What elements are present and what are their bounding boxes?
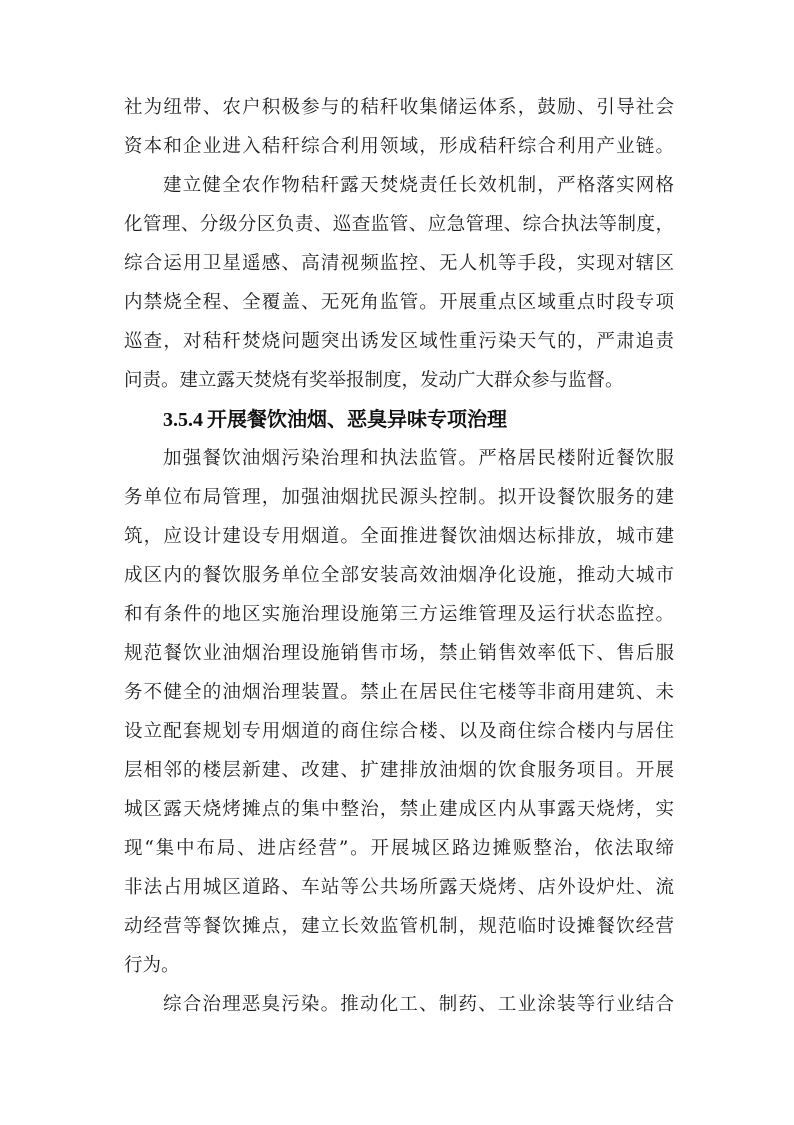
text-line: 设立配套规划专用烟道的商住综合楼、以及商住综合楼内与居住: [124, 712, 674, 751]
text-line: 加强餐饮油烟污染治理和执法监管。严格居民楼附近餐饮服: [124, 439, 674, 478]
document-page: 社为纽带、农户积极参与的秸秆收集储运体系，鼓励、引导社会 资本和企业进入秸秆综合…: [0, 0, 794, 1125]
text-line: 成区内的餐饮服务单位全部安装高效油烟净化设施，推动大城市: [124, 556, 674, 595]
text-line: 现“集中布局、进店经营”。开展城区路边摊贩整治，依法取缔: [124, 829, 674, 868]
paragraph-straw-burning-responsibility: 建立健全农作物秸秆露天焚烧责任长效机制，严格落实网格 化管理、分级分区负责、巡查…: [124, 166, 674, 400]
paragraph-odor-pollution: 综合治理恶臭污染。推动化工、制药、工业涂装等行业结合: [124, 985, 674, 1024]
section-title: 开展餐饮油烟、恶臭异味专项治理: [207, 407, 507, 431]
text-line: 综合治理恶臭污染。推动化工、制药、工业涂装等行业结合: [124, 985, 674, 1024]
text-line: 资本和企业进入秸秆综合利用领域，形成秸秆综合利用产业链。: [124, 127, 674, 166]
text-line: 务不健全的油烟治理装置。禁止在居民住宅楼等非商用建筑、未: [124, 673, 674, 712]
text-line: 综合运用卫星遥感、高清视频监控、无人机等手段，实现对辖区: [124, 244, 674, 283]
text-line: 规范餐饮业油烟治理设施销售市场，禁止销售效率低下、售后服: [124, 634, 674, 673]
text-line: 动经营等餐饮摊点，建立长效监管机制，规范临时设摊餐饮经营: [124, 907, 674, 946]
text-line: 非法占用城区道路、车站等公共场所露天烧烤、店外设炉灶、流: [124, 868, 674, 907]
text-line: 务单位布局管理，加强油烟扰民源头控制。拟开设餐饮服务的建: [124, 478, 674, 517]
text-line: 社为纽带、农户积极参与的秸秆收集储运体系，鼓励、引导社会: [124, 88, 674, 127]
text-line: 筑，应设计建设专用烟道。全面推进餐饮油烟达标排放，城市建: [124, 517, 674, 556]
text-line: 建立健全农作物秸秆露天焚烧责任长效机制，严格落实网格: [124, 166, 674, 205]
document-body: 社为纽带、农户积极参与的秸秆收集储运体系，鼓励、引导社会 资本和企业进入秸秆综合…: [124, 88, 674, 1024]
text-line: 和有条件的地区实施治理设施第三方运维管理及运行状态监控。: [124, 595, 674, 634]
text-line: 行为。: [124, 946, 674, 985]
text-line: 层相邻的楼层新建、改建、扩建排放油烟的饮食服务项目。开展: [124, 751, 674, 790]
paragraph-catering-fumes: 加强餐饮油烟污染治理和执法监管。严格居民楼附近餐饮服 务单位布局管理，加强油烟扰…: [124, 439, 674, 985]
section-heading: 3.5.4开展餐饮油烟、恶臭异味专项治理: [124, 400, 674, 439]
text-line: 问责。建立露天焚烧有奖举报制度，发动广大群众参与监督。: [124, 361, 674, 400]
text-line: 内禁烧全程、全覆盖、无死角监管。开展重点区域重点时段专项: [124, 283, 674, 322]
text-line: 城区露天烧烤摊点的集中整治，禁止建成区内从事露天烧烤，实: [124, 790, 674, 829]
text-line: 化管理、分级分区负责、巡查监管、应急管理、综合执法等制度，: [124, 205, 674, 244]
section-number: 3.5.4: [163, 409, 203, 431]
paragraph-straw-collection-continued: 社为纽带、农户积极参与的秸秆收集储运体系，鼓励、引导社会 资本和企业进入秸秆综合…: [124, 88, 674, 166]
text-line: 巡查，对秸秆焚烧问题突出诱发区域性重污染天气的，严肃追责: [124, 322, 674, 361]
